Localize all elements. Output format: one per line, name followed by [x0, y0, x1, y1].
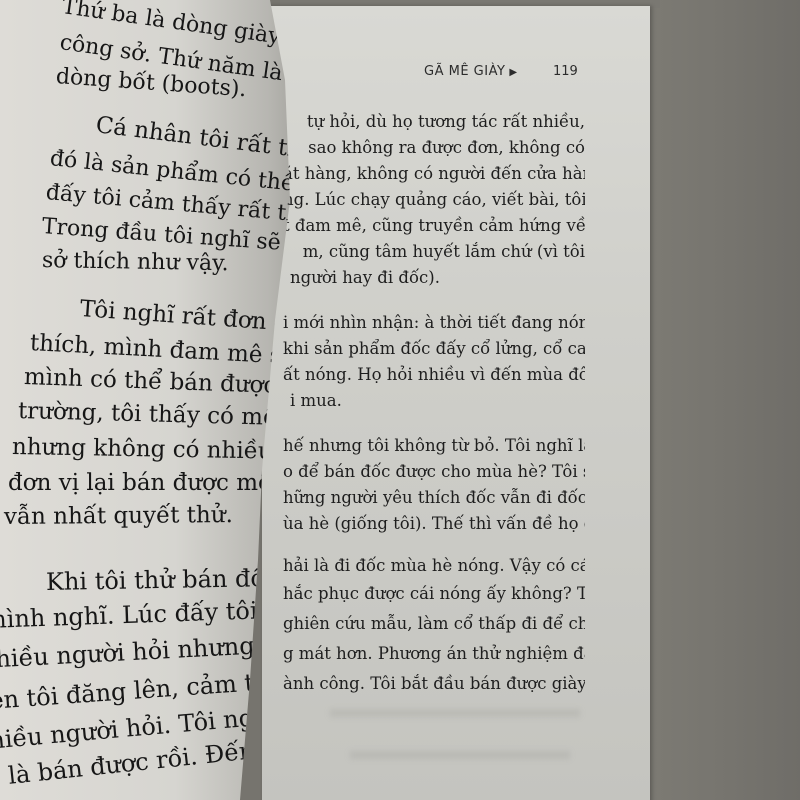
text-line: i mua. [290, 391, 592, 410]
bleed-through-text [350, 751, 570, 759]
text-line: ng. Lúc chạy quảng cáo, viết bài, tôi [283, 190, 585, 209]
text-line: khi sản phẩm đốc đấy cổ lửng, cổ cao, [283, 339, 585, 358]
text-line: ành công. Tôi bắt đầu bán được giày đốc. [283, 674, 585, 693]
text-line: t đam mê, cũng truyền cảm hứng về [283, 216, 585, 235]
text-line: hắc phục được cái nóng ấy không? Tôi [283, 584, 585, 603]
left-book-page-curled: Thứ ba là dòng giày mọi công sở. Thứ năm… [0, 0, 292, 800]
text-line: ùa hè (giống tôi). Thế thì vấn đề họ đan… [283, 514, 585, 533]
running-head-title: GÃ MÊ GIÀY [424, 64, 505, 79]
text-line: sao không ra được đơn, không có [283, 138, 585, 157]
page-number: 119 [553, 64, 578, 79]
text-line: hững người yêu thích đốc vẫn đi đốc [283, 488, 585, 507]
text-line: nhưng không có nhiều cơ [12, 434, 307, 465]
text-line: tự hỏi, dù họ tương tác rất nhiều, [283, 112, 585, 131]
bleed-through-text [330, 709, 580, 717]
text-line: sở thích như vậy. [42, 248, 229, 276]
gray-background [640, 0, 800, 800]
text-line: ặt hàng, không có người đến cửa hàng [283, 164, 585, 183]
text-line: m, cũng tâm huyết lắm chứ (vì tôi [283, 242, 585, 261]
text-line: ghiên cứu mẫu, làm cổ thấp đi để cho [283, 614, 585, 633]
text-line: i mới nhìn nhận: à thời tiết đang nóng [283, 313, 585, 332]
text-line: người hay đi đốc). [290, 268, 592, 287]
text-line: vẫn nhất quyết thử. [4, 502, 233, 530]
triangle-right-icon: ▶ [509, 67, 517, 78]
text-line: o để bán đốc được cho mùa hè? Tôi suy [283, 462, 585, 481]
text-line: g mát hơn. Phương án thử nghiệm đấy [283, 644, 585, 663]
text-line: ất nóng. Họ hỏi nhiều vì đến mùa đông [283, 365, 585, 384]
running-head: GÃ MÊ GIÀY▶ [424, 64, 518, 79]
text-line: thích, mình đam mê sản [29, 330, 310, 371]
text-line: hải là đi đốc mùa hè nóng. Vậy có cách [283, 556, 585, 575]
text-line: hế nhưng tôi không từ bỏ. Tôi nghĩ làm [283, 436, 585, 455]
text-line: nên tôi đăng lên, cảm thấy [0, 665, 299, 716]
